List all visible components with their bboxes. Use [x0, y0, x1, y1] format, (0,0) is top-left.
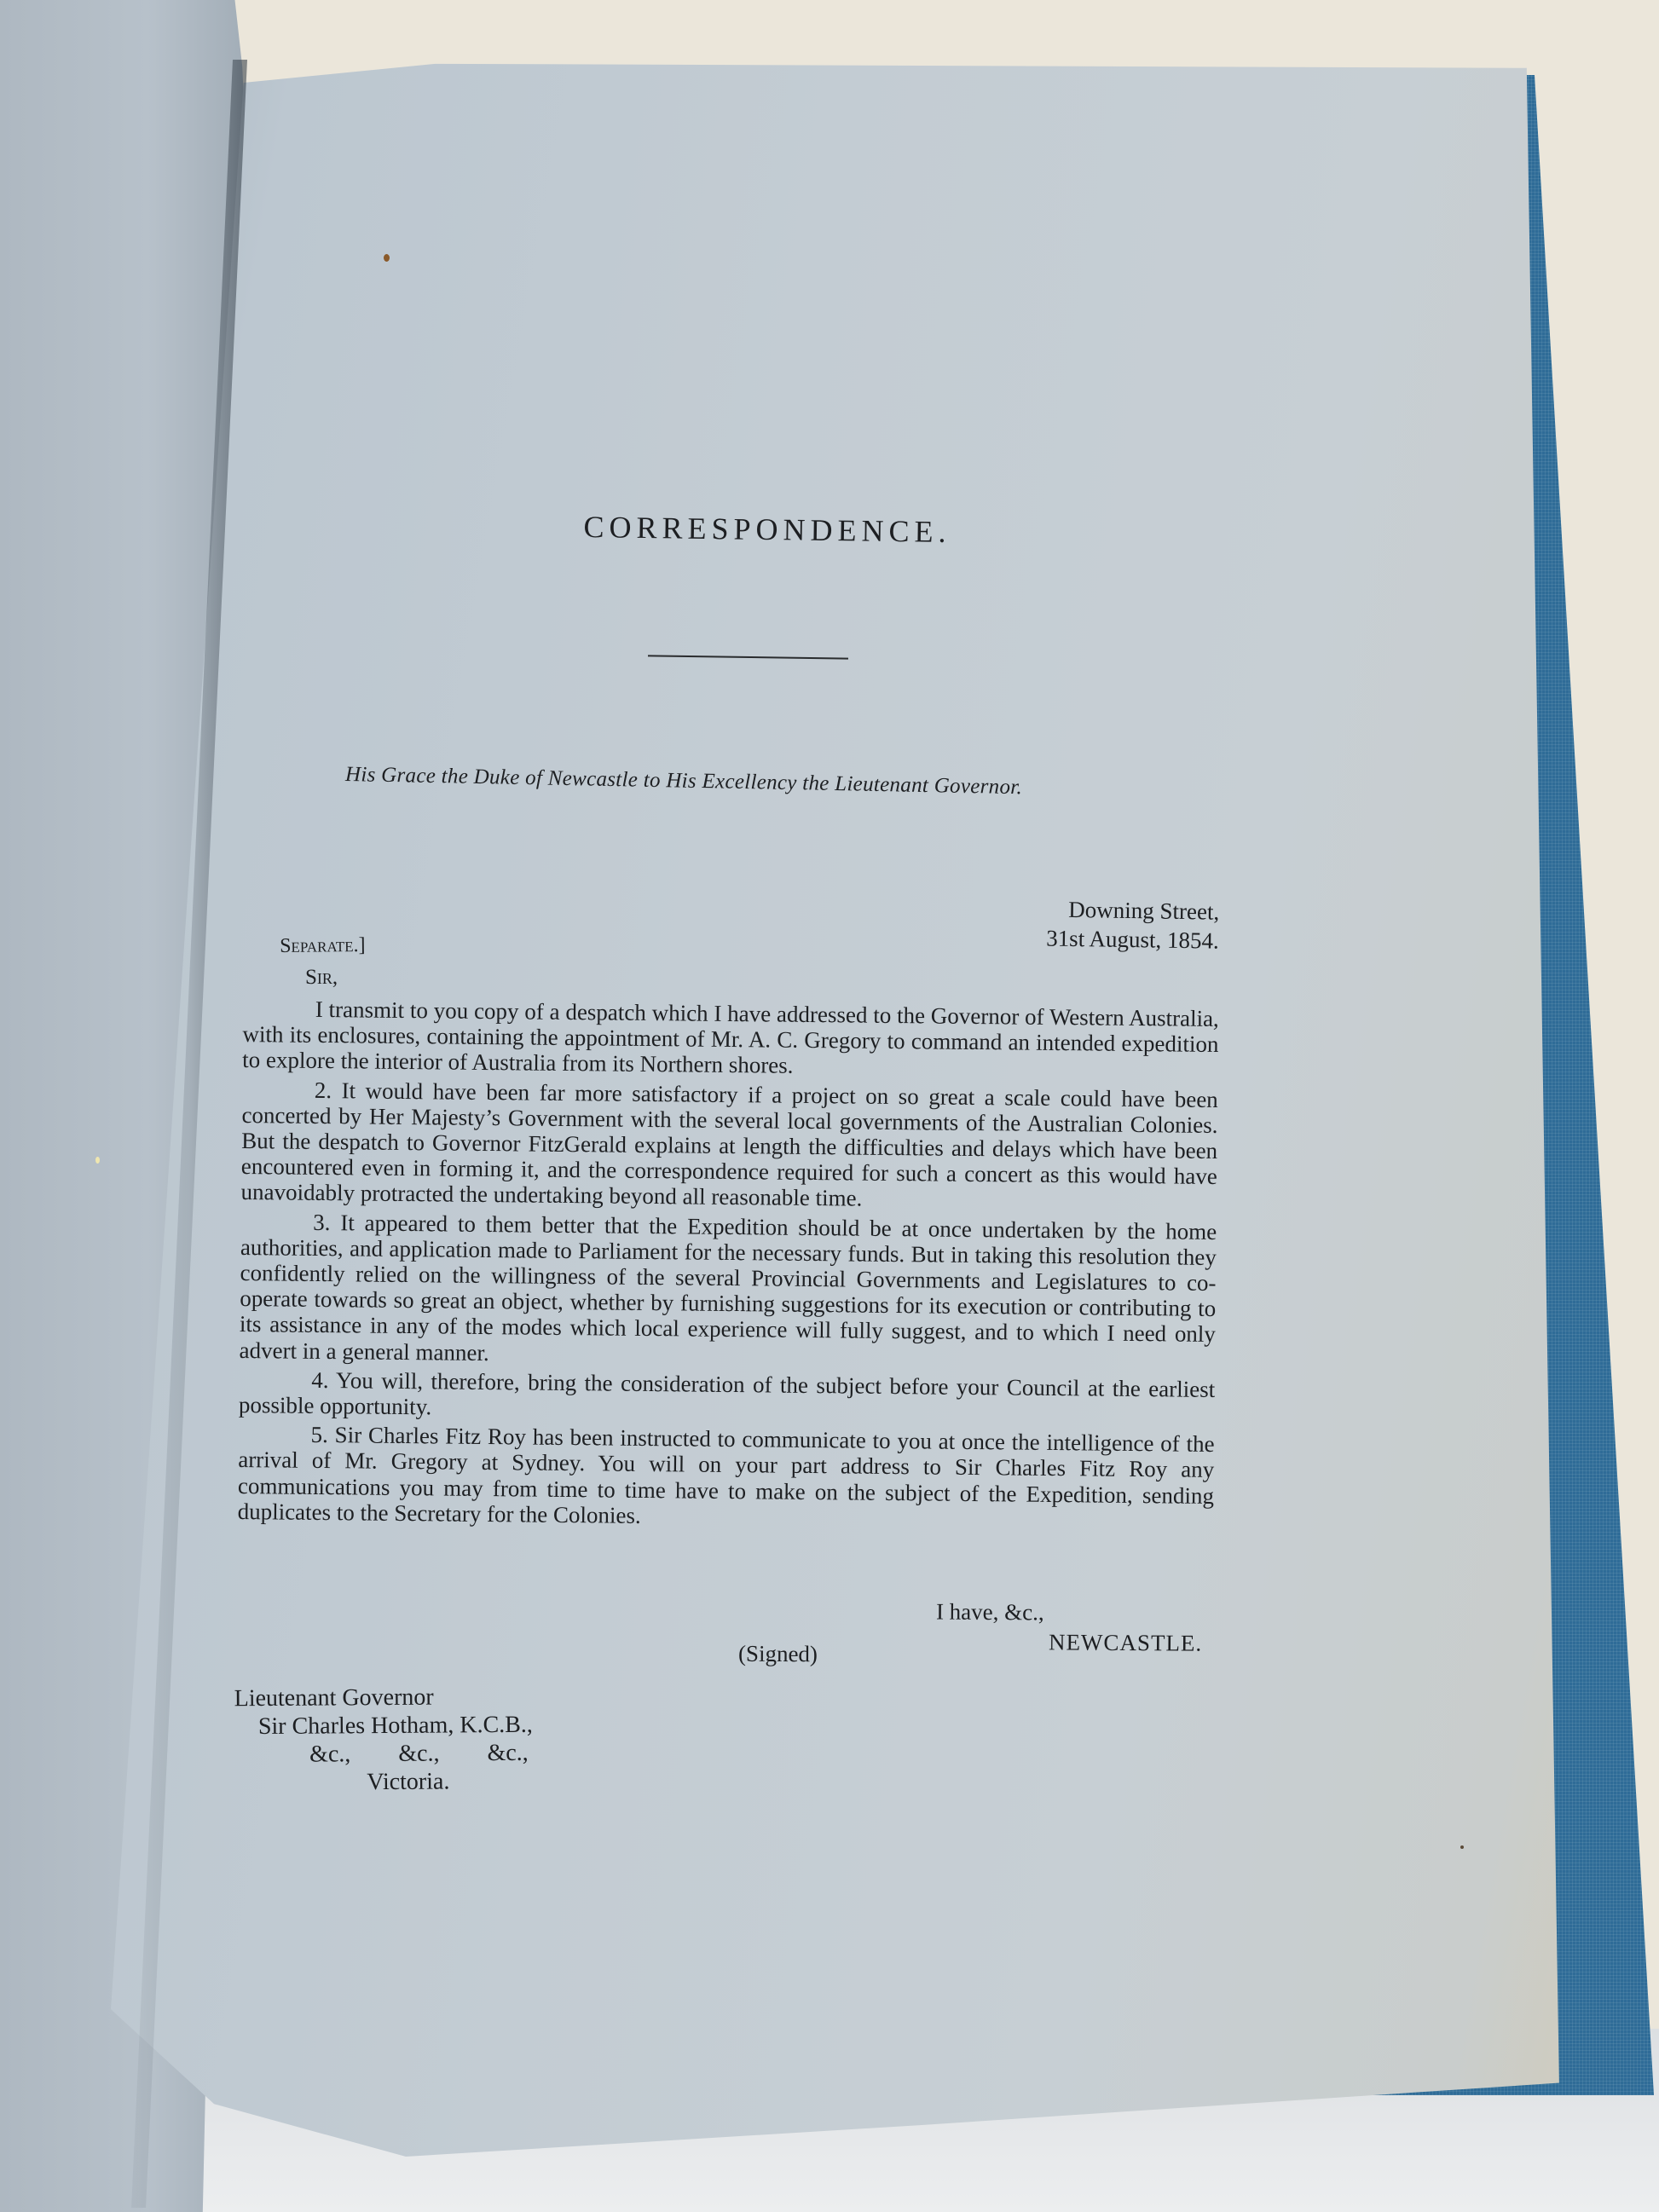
addressee-colony: Victoria. — [234, 1767, 533, 1797]
addressee-name: Sir Charles Hotham, K.C.B., — [234, 1711, 533, 1741]
letter-body: I transmit to you copy of a despatch whi… — [237, 996, 1218, 1538]
page-title: CORRESPONDENCE. — [546, 508, 990, 550]
separate-marker: Separate.] — [280, 934, 366, 958]
paragraph-2: 2. It would have been far more satisfact… — [240, 1077, 1218, 1216]
title-divider — [648, 655, 848, 659]
paragraph-3: 3. It appeared to them better that the E… — [239, 1209, 1217, 1373]
paragraph-1: I transmit to you copy of a despatch whi… — [242, 996, 1219, 1083]
letter-date: 31st August, 1854. — [928, 921, 1218, 955]
addressee-etc: &c., &c., &c., — [234, 1739, 533, 1769]
foxing-spot — [384, 254, 390, 262]
paper-fleck — [95, 1157, 100, 1164]
salutation: Sir, — [305, 966, 338, 990]
letter-heading: His Grace the Duke of Newcastle to His E… — [345, 763, 1155, 802]
sender-address: Downing Street, 31st August, 1854. — [928, 892, 1219, 955]
closing-phrase: I have, &c., — [936, 1599, 1044, 1626]
paper-fleck — [1460, 1845, 1464, 1849]
page-content: CORRESPONDENCE. His Grace the Duke of Ne… — [0, 0, 1659, 2212]
addressee-title: Lieutenant Governor — [234, 1683, 533, 1712]
signed-label: (Signed) — [738, 1641, 818, 1668]
paragraph-5: 5. Sir Charles Fitz Roy has been instruc… — [238, 1421, 1215, 1534]
signatory-name: NEWCASTLE. — [1049, 1629, 1202, 1656]
addressee-block: Lieutenant Governor Sir Charles Hotham, … — [234, 1683, 534, 1797]
sender-place: Downing Street, — [929, 892, 1219, 926]
paragraph-4: 4. You will, therefore, bring the consid… — [239, 1366, 1216, 1428]
